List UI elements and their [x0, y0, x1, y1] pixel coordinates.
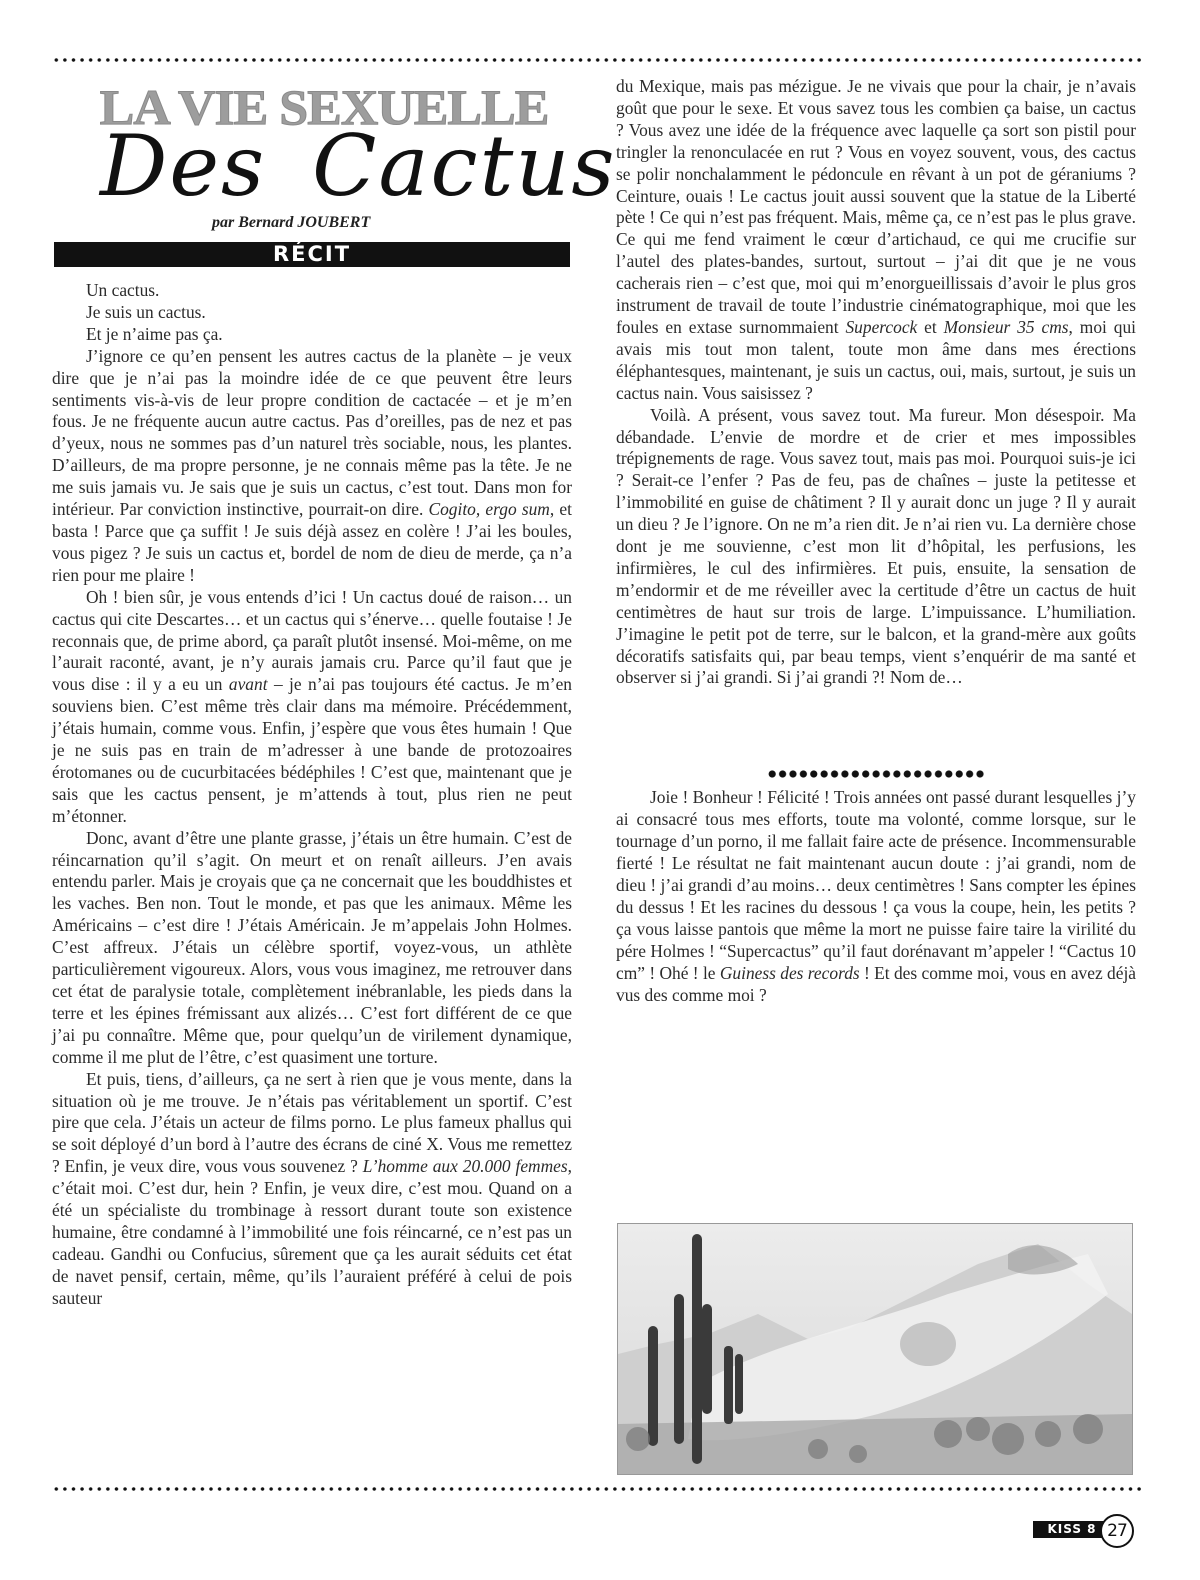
page-number: 27: [1100, 1514, 1134, 1548]
right-column: du Mexique, mais pas mézigue. Je ne viva…: [616, 76, 1136, 1006]
paragraph: Et je n’aime pas ça.: [52, 324, 572, 346]
byline: par Bernard JOUBERT: [212, 214, 370, 232]
cactus-landscape-image: [618, 1224, 1132, 1474]
italic-phrase: Monsieur 35 cms: [944, 317, 1069, 337]
paragraph-text: – je n’ai pas toujours été cactus. Je m’…: [52, 674, 572, 825]
paragraph: Voilà. A présent, vous savez tout. Ma fu…: [616, 405, 1136, 690]
main-title: DesCactus: [100, 124, 570, 208]
top-dotted-rule: [52, 58, 1142, 62]
right-body-text-continued: Joie ! Bonheur ! Félicité ! Trois années…: [616, 787, 1136, 1006]
paragraph: Et puis, tiens, d’ailleurs, ça ne sert à…: [52, 1069, 572, 1310]
italic-phrase: Guiness des records: [720, 963, 860, 983]
italic-phrase: Cogito, ergo sum: [429, 499, 550, 519]
paragraph: Joie ! Bonheur ! Félicité ! Trois années…: [616, 787, 1136, 1006]
bottom-dotted-rule: [52, 1487, 1142, 1491]
paragraph-text: et: [917, 317, 943, 337]
paragraph-text: J’ignore ce qu’en pensent les autres cac…: [52, 346, 572, 519]
right-body-text: du Mexique, mais pas mézigue. Je ne viva…: [616, 76, 1136, 689]
italic-phrase: Supercock: [845, 317, 917, 337]
paragraph-text: du Mexique, mais pas mézigue. Je ne viva…: [616, 76, 1136, 337]
paragraph: du Mexique, mais pas mézigue. Je ne viva…: [616, 76, 1136, 405]
paragraph: Je suis un cactus.: [52, 302, 572, 324]
paragraph: J’ignore ce qu’en pensent les autres cac…: [52, 346, 572, 587]
paragraph: Donc, avant d’être une plante grasse, j’…: [52, 828, 572, 1069]
left-column: LA VIE SEXUELLE DesCactus par Bernard JO…: [52, 76, 572, 1310]
section-separator-dots: [767, 769, 985, 779]
illustration-photo: [617, 1223, 1133, 1475]
paragraph-text: , c’était moi. C’est dur, hein ? Enfin, …: [52, 1156, 572, 1307]
article-header: LA VIE SEXUELLE DesCactus par Bernard JO…: [52, 76, 572, 280]
paragraph: Un cactus.: [52, 280, 572, 302]
title-word-cactus: Cactus: [312, 117, 616, 215]
paragraph-text: Joie ! Bonheur ! Félicité ! Trois années…: [616, 787, 1136, 982]
section-banner: RÉCIT: [54, 242, 570, 267]
italic-phrase: L’homme aux 20.000 femmes: [363, 1156, 568, 1176]
left-body-text: Un cactus. Je suis un cactus. Et je n’ai…: [52, 280, 572, 1310]
italic-phrase: avant: [229, 674, 268, 694]
paragraph: Oh ! bien sûr, je vous entends d’ici ! U…: [52, 587, 572, 828]
title-word-des: Des: [100, 117, 266, 215]
